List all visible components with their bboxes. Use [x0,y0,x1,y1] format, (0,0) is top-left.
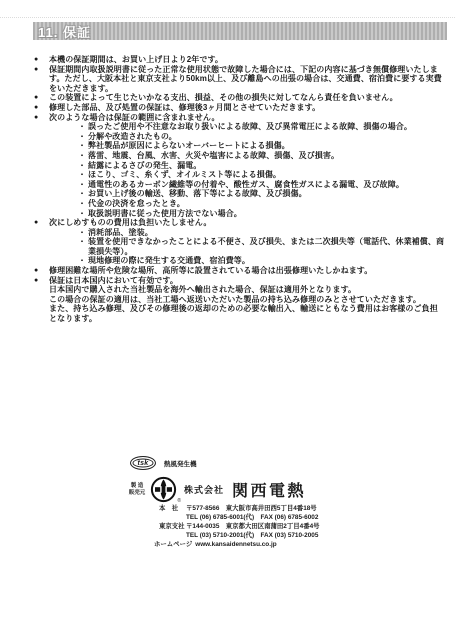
product-type-label: 熱風発生機 [164,459,197,468]
tsk-logo: tsk [130,456,156,470]
warranty-note-line: 日本国内で購入された当社製品を海外へ輸出された場合、保証は適用外となります。 [49,285,443,295]
company-address-block: 本 社 〒577-8566 東大阪市高井田西5丁目4番18号 TEL (06) … [159,504,378,549]
warranty-subterm: ・弊社製品が原因によらないオーバーヒートによる損傷。 [78,141,445,151]
maker-role-label: 製 造 販売元 [128,483,146,496]
warranty-subterm: ・ほこり、ゴミ、糸くず、オイルミスト等による損傷。 [78,170,445,180]
warranty-note-line: この場合の保証の適用は、当社工場へ返送いただいた製品の持ち込み修理のみとさせてい… [49,295,443,305]
head-office-tel-row: TEL (06) 6785-6001(代) FAX (06) 6785-6002 [186,513,378,522]
warranty-term-text: お買い上げ後の輸送、移動、落下等による故障、及び損傷。 [88,189,307,198]
dash-icon: ・ [78,256,86,266]
dash-icon: ・ [78,199,86,209]
company-name-row: 製 造 販売元 ® 株式会社 関西電熱 [128,476,378,503]
warranty-term-text: この装置によって生じたいかなる支出、損益、その他の損失に対してなんら責任を負いま… [49,93,398,102]
warranty-subterm: ・装置を使用できなかったことによる不便さ、及び損失、または二次損失等（電話代、休… [78,237,445,256]
head-office-tel: TEL (06) 6785-6001(代) FAX (06) 6785-6002 [186,513,318,522]
bullet-icon: ● [34,276,38,286]
warranty-term: ●本機の保証期間は、お買い上げ日より2年です。 [34,55,443,65]
warranty-subterm: ・落雷、地震、台風、水害、火災や塩害による故障、損傷、及び損害。 [78,151,445,161]
warranty-term-text: 日本国内で購入された当社製品を海外へ輸出された場合、保証は適用外となります。 [49,285,356,294]
warranty-term: ●次にしめすものの費用は負担いたしません。 [34,218,443,228]
registered-mark: ® [177,498,181,504]
tokyo-office-label: 東京支社 [159,522,186,531]
tsk-logo-text: tsk [137,460,148,467]
warranty-term-text: 装置を使用できなかったことによる不便さ、及び損失、または二次損失等（電話代、休業… [88,237,444,256]
bullet-icon: ● [34,55,38,65]
dash-icon: ・ [78,228,86,238]
warranty-term-text: 次のような場合は保証の範囲に含まれません。 [49,113,220,122]
tsk-mark-row: tsk 熱風発生機 [130,456,378,470]
head-office-address: 〒577-8566 東大阪市高井田西5丁目4番18号 [186,504,317,513]
head-office-label: 本 社 [159,504,186,513]
warranty-term: ●この装置によって生じたいかなる支出、損益、その他の損失に対してなんら責任を負い… [34,93,443,103]
dash-icon: ・ [78,132,86,142]
warranty-term-text: 本機の保証期間は、お買い上げ日より2年です。 [49,55,223,64]
warranty-term-text: 通電性のあるカーボン繊維等の付着や、酸性ガス、腐食性ガスによる漏電、及び故障。 [88,180,404,189]
warranty-note-line: また、持ち込み修理、及びその修理後の返却のための必要な輸出入、輸送にともなう費用… [49,304,443,323]
section-title: 11. 保証 [33,22,91,41]
homepage-label: ホームページ [154,540,192,549]
warranty-subterm: ・分解や改造されたもの。 [78,132,445,142]
warranty-term-text: 取扱説明書に従った使用方法でない場合。 [88,209,242,218]
company-footer: tsk 熱風発生機 製 造 販売元 ® 株式会社 関西電熱 [128,456,378,549]
dash-icon: ・ [78,209,86,219]
homepage-url[interactable]: www.kansaidennetsu.co.jp [195,540,276,549]
dash-icon: ・ [78,180,86,190]
dash-icon: ・ [78,141,86,151]
warranty-subterm: ・誤ったご使用や不注意なお取り扱いによる故障、及び異常電圧による故障、損傷の場合… [78,122,445,132]
warranty-term-text: 結露によるさびの発生、漏電。 [88,161,201,170]
page-border-line [0,17,455,18]
bullet-icon: ● [34,65,38,75]
bullet-icon: ● [34,103,38,113]
dash-icon: ・ [78,170,86,180]
warranty-term-text: 次にしめすものの費用は負担いたしません。 [49,218,211,227]
tokyo-office-address: 〒144-0035 東京都大田区南蒲田2丁目4番4号 [186,522,320,531]
warranty-term: ●保証期間内取扱説明書に従った正常な使用状態で故障した場合には、下記の内容に基づ… [34,65,443,94]
warranty-term-text: 保証期間内取扱説明書に従った正常な使用状態で故障した場合には、下記の内容に基づき… [49,65,442,93]
company-logo-icon: ® [150,476,177,503]
warranty-term-text: 修理した部品、及び処置の保証は、修理後3ヶ月間とさせていただきます。 [49,103,320,112]
warranty-term-text: この場合の保証の適用は、当社工場へ返送いただいた製品の持ち込み修理のみとさせてい… [49,295,421,304]
section-header: 11. 保証 [33,22,447,40]
maker-role-line2: 販売元 [129,490,146,496]
dash-icon: ・ [78,189,86,199]
warranty-term-text: 保証は日本国内において有効です。 [49,276,178,285]
warranty-term-text: 落雷、地震、台風、水害、火災や塩害による故障、損傷、及び損害。 [88,151,339,160]
warranty-term-text: 代金の決済を怠ったとき。 [88,199,185,208]
warranty-term: ●次のような場合は保証の範囲に含まれません。 [34,113,443,123]
dash-icon: ・ [78,151,86,161]
warranty-term-text: 弊社製品が原因によらないオーバーヒートによる損傷。 [88,141,290,150]
warranty-subterm: ・代金の決済を怠ったとき。 [78,199,445,209]
tokyo-office-tel: TEL (03) 5710-2001(代) FAX (03) 5710-2005 [186,531,318,540]
tokyo-office-tel-row: TEL (03) 5710-2001(代) FAX (03) 5710-2005 [186,531,378,540]
warranty-term: ●修理した部品、及び処置の保証は、修理後3ヶ月間とさせていただきます。 [34,103,443,113]
warranty-term: ●修理困難な場所や危険な場所、高所等に設置されている場合は出張修理いたしかねます… [34,266,443,276]
warranty-term-text: 分解や改造されたもの。 [88,132,177,141]
warranty-subterm: ・取扱説明書に従った使用方法でない場合。 [78,209,445,219]
bullet-icon: ● [34,113,38,123]
bullet-icon: ● [34,93,38,103]
warranty-subterm: ・結露によるさびの発生、漏電。 [78,161,445,171]
warranty-subterm: ・現地修理の際に発生する交通費、宿泊費等。 [78,256,445,266]
company-name: 関西電熱 [232,478,306,501]
warranty-term-text: ほこり、ゴミ、糸くず、オイルミスト等による損傷。 [88,170,281,179]
warranty-subterm: ・消耗部品、塗装。 [78,228,445,238]
warranty-term: ●保証は日本国内において有効です。 [34,276,443,286]
homepage-row: ホームページ www.kansaidennetsu.co.jp [154,540,378,549]
warranty-subterm: ・通電性のあるカーボン繊維等の付着や、酸性ガス、腐食性ガスによる漏電、及び故障。 [78,180,445,190]
warranty-term-text: 修理困難な場所や危険な場所、高所等に設置されている場合は出張修理いたしかねます。 [49,266,372,275]
maker-role-line1: 製 造 [131,483,144,489]
warranty-subterm: ・お買い上げ後の輸送、移動、落下等による故障、及び損傷。 [78,189,445,199]
warranty-term-text: 消耗部品、塗装。 [88,228,153,237]
warranty-page: 11. 保証 ●本機の保証期間は、お買い上げ日より2年です。●保証期間内取扱説明… [0,0,455,644]
warranty-term-text: 現地修理の際に発生する交通費、宿泊費等。 [88,256,250,265]
warranty-term-text: また、持ち込み修理、及びその修理後の返却のための必要な輸出入、輸送にともなう費用… [49,304,438,323]
dash-icon: ・ [78,161,86,171]
bullet-icon: ● [34,218,38,228]
dash-icon: ・ [78,122,86,132]
company-prefix: 株式会社 [184,483,224,496]
warranty-terms-list: ●本機の保証期間は、お買い上げ日より2年です。●保証期間内取扱説明書に従った正常… [0,55,455,324]
tokyo-office-row: 東京支社 〒144-0035 東京都大田区南蒲田2丁目4番4号 [159,522,378,531]
head-office-row: 本 社 〒577-8566 東大阪市高井田西5丁目4番18号 [159,504,378,513]
dash-icon: ・ [78,237,86,247]
warranty-term-text: 誤ったご使用や不注意なお取り扱いによる故障、及び異常電圧による故障、損傷の場合。 [88,122,412,131]
bullet-icon: ● [34,266,38,276]
